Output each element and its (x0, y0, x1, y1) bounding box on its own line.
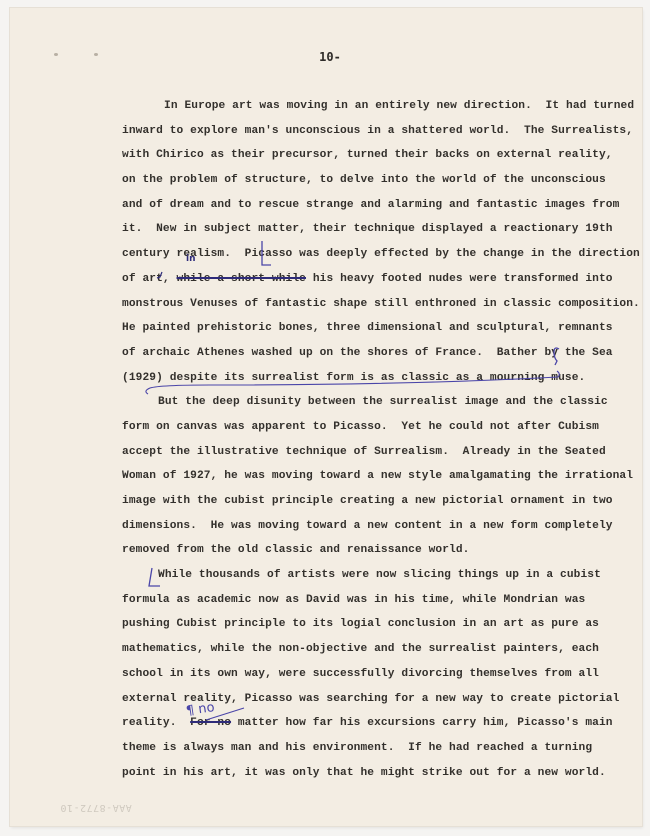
typewritten-page: 10- In Europe art was moving in an entir… (10, 8, 642, 826)
run-in-connector-icon (146, 371, 559, 394)
paragraph-bracket-icon (149, 568, 160, 586)
capitalize-mark-icon (554, 348, 559, 365)
archive-accession-mark: AAA-8772-10 (60, 802, 132, 813)
paragraph-bracket-icon (262, 241, 271, 265)
scan-background: 10- In Europe art was moving in an entir… (0, 0, 650, 836)
comma-mark-icon (157, 272, 162, 278)
editing-marks (10, 8, 642, 826)
insert-stroke-icon (206, 708, 244, 720)
